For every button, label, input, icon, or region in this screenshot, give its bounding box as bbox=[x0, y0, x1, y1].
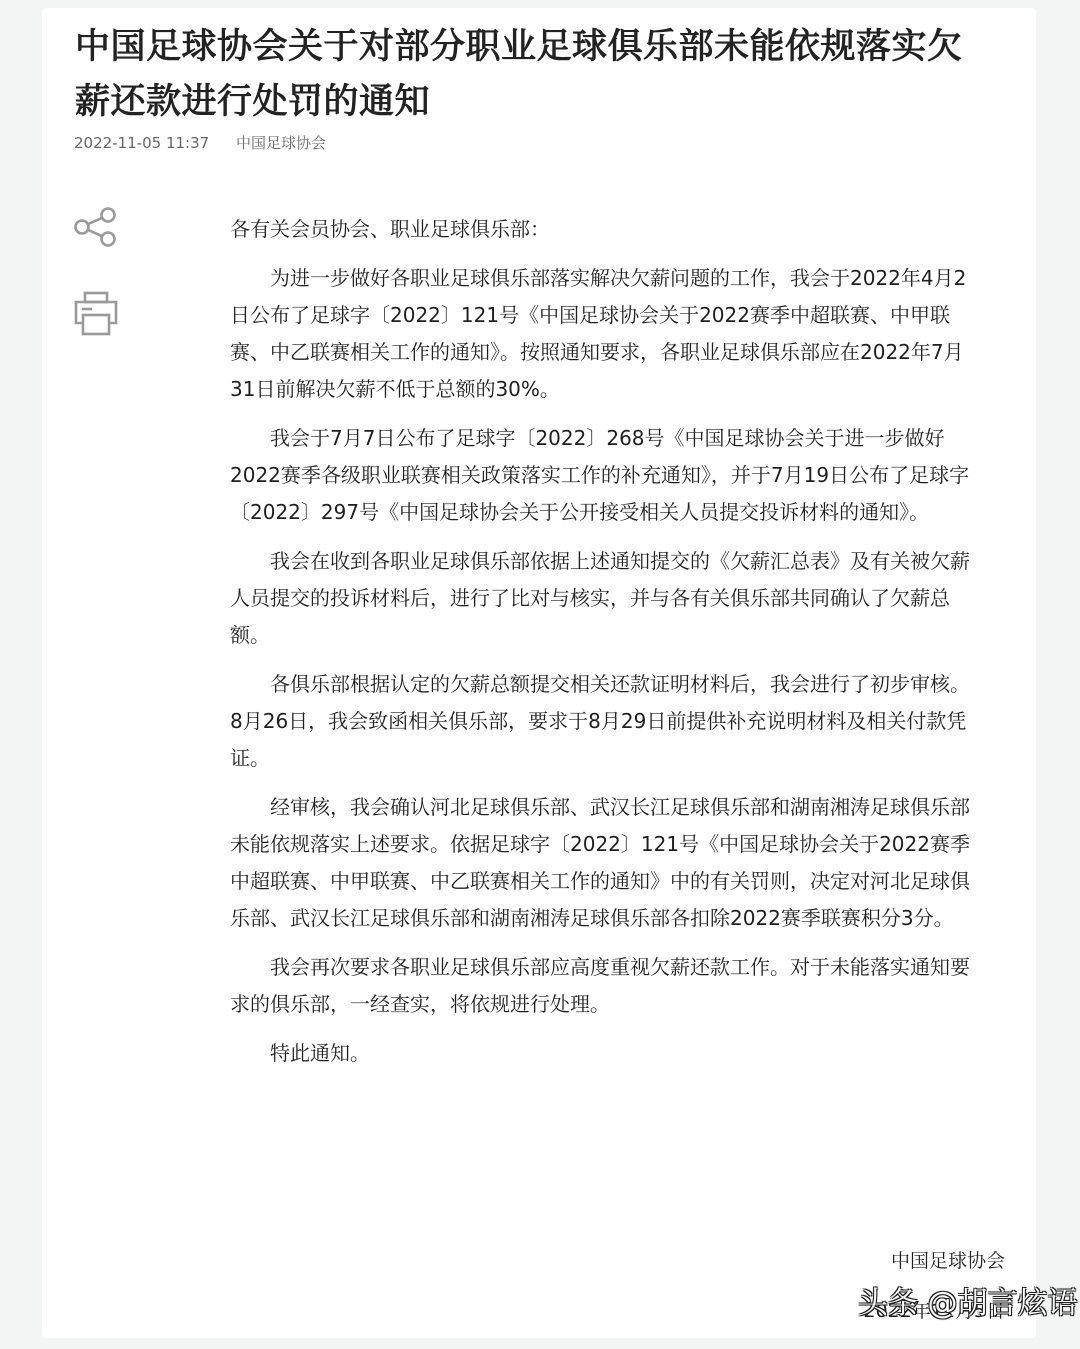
paragraph-line: 我会在收到各职业足球俱乐部依据上述通知提交的《欠薪汇总表》及有关被欠薪 bbox=[230, 543, 1020, 580]
paragraph-line: 赛、中乙联赛相关工作的通知》。按照通知要求，各职业足球俱乐部应在2022年7月 bbox=[230, 334, 1020, 371]
paragraph-5: 经审核，我会确认河北足球俱乐部、武汉长江足球俱乐部和湖南湘涛足球俱乐部 未能依规… bbox=[230, 789, 1020, 937]
paragraph-line: 乐部、武汉长江足球俱乐部和湖南湘涛足球俱乐部各扣除2022赛季联赛积分3分。 bbox=[230, 900, 1020, 937]
paragraph-line: 我会再次要求各职业足球俱乐部应高度重视欠薪还款工作。对于未能落实通知要 bbox=[230, 949, 1020, 986]
article-meta: 2022-11-05 11:37 中国足球协会 bbox=[74, 132, 326, 153]
print-button[interactable] bbox=[72, 290, 120, 338]
paragraph-line: 我会于7月7日公布了足球字〔2022〕268号《中国足球协会关于进一步做好 bbox=[230, 420, 1020, 457]
paragraph-line: 证。 bbox=[230, 740, 1020, 777]
paragraph-line: 日公布了足球字〔2022〕121号《中国足球协会关于2022赛季中超联赛、中甲联 bbox=[230, 297, 1020, 334]
paragraph-4: 各俱乐部根据认定的欠薪总额提交相关还款证明材料后，我会进行了初步审核。 8月26… bbox=[230, 666, 1020, 777]
share-icon bbox=[72, 204, 120, 252]
salutation-text: 各有关会员协会、职业足球俱乐部： bbox=[230, 211, 1020, 248]
share-button[interactable] bbox=[72, 204, 120, 252]
title-line-2: 薪还款进行处罚的通知 bbox=[75, 75, 1015, 130]
article-card: 中国足球协会关于对部分职业足球俱乐部未能依规落实欠 薪还款进行处罚的通知 202… bbox=[42, 8, 1036, 1338]
paragraph-line: 未能依规落实上述要求。依据足球字〔2022〕121号《中国足球协会关于2022赛… bbox=[230, 826, 1020, 863]
paragraph-line: 〔2022〕297号《中国足球协会关于公开接受相关人员提交投诉材料的通知》。 bbox=[230, 494, 1020, 531]
paragraph-line: 经审核，我会确认河北足球俱乐部、武汉长江足球俱乐部和湖南湘涛足球俱乐部 bbox=[230, 789, 1020, 826]
paragraph-line: 求的俱乐部，一经查实，将依规进行处理。 bbox=[230, 986, 1020, 1023]
paragraph-6: 我会再次要求各职业足球俱乐部应高度重视欠薪还款工作。对于未能落实通知要 求的俱乐… bbox=[230, 949, 1020, 1023]
publish-datetime: 2022-11-05 11:37 bbox=[74, 134, 209, 152]
side-toolbar bbox=[72, 204, 122, 338]
paragraph-2: 我会于7月7日公布了足球字〔2022〕268号《中国足球协会关于进一步做好 20… bbox=[230, 420, 1020, 531]
paragraph-3: 我会在收到各职业足球俱乐部依据上述通知提交的《欠薪汇总表》及有关被欠薪 人员提交… bbox=[230, 543, 1020, 654]
closing-text: 特此通知。 bbox=[230, 1035, 1020, 1072]
paragraph-line: 中超联赛、中甲联赛、中乙联赛相关工作的通知》中的有关罚则，决定对河北足球俱 bbox=[230, 863, 1020, 900]
salutation: 各有关会员协会、职业足球俱乐部： bbox=[230, 211, 1020, 248]
closing: 特此通知。 bbox=[230, 1035, 1020, 1072]
print-icon bbox=[72, 290, 120, 338]
signature-organization: 中国足球协会 bbox=[863, 1236, 1005, 1286]
article-body: 各有关会员协会、职业足球俱乐部： 为进一步做好各职业足球俱乐部落实解决欠薪问题的… bbox=[230, 211, 1020, 1084]
paragraph-line: 人员提交的投诉材料后，进行了比对与核实，并与各有关俱乐部共同确认了欠薪总 bbox=[230, 580, 1020, 617]
paragraph-line: 2022赛季各级职业联赛相关政策落实工作的补充通知》，并于7月19日公布了足球字 bbox=[230, 457, 1020, 494]
title-line-1: 中国足球协会关于对部分职业足球俱乐部未能依规落实欠 bbox=[75, 20, 1015, 75]
paragraph-line: 8月26日，我会致函相关俱乐部，要求于8月29日前提供补充说明材料及相关付款凭 bbox=[230, 703, 1020, 740]
paragraph-line: 各俱乐部根据认定的欠薪总额提交相关还款证明材料后，我会进行了初步审核。 bbox=[230, 666, 1020, 703]
article-source[interactable]: 中国足球协会 bbox=[236, 134, 326, 152]
watermark: 头条 @胡言炫语 bbox=[858, 1284, 1078, 1324]
paragraph-line: 31日前解决欠薪不低于总额的30%。 bbox=[230, 371, 1020, 408]
paragraph-1: 为进一步做好各职业足球俱乐部落实解决欠薪问题的工作，我会于2022年4月2 日公… bbox=[230, 260, 1020, 408]
paragraph-line: 额。 bbox=[230, 617, 1020, 654]
paragraph-line: 为进一步做好各职业足球俱乐部落实解决欠薪问题的工作，我会于2022年4月2 bbox=[230, 260, 1020, 297]
article-title: 中国足球协会关于对部分职业足球俱乐部未能依规落实欠 薪还款进行处罚的通知 bbox=[75, 20, 1015, 130]
